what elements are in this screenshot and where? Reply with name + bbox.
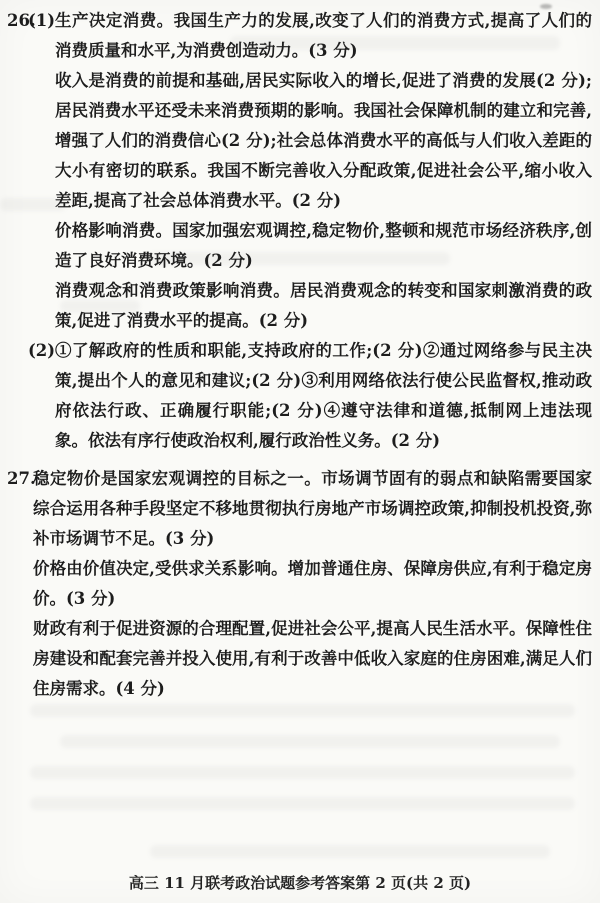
- part-label-26-2: (2): [28, 336, 55, 366]
- answer-paragraph: 价格影响消费。国家加强宏观调控,稳定物价,整顿和规范市场经济秩序,创造了良好消费…: [55, 216, 592, 276]
- answer-paragraph: 财政有利于促进资源的合理配置,促进社会公平,提高人民生活水平。保障性住房建设和配…: [33, 614, 592, 704]
- answer-paragraph: 价格由价值决定,受供求关系影响。增加普通住房、保障房供应,有利于稳定房价。(3 …: [33, 554, 592, 614]
- answer-27: 27. 稳定物价是国家宏观调控的目标之一。市场调节固有的弱点和缺陷需要国家综合运…: [0, 464, 592, 704]
- answer-paragraph: 收入是消费的前提和基础,居民实际收入的增长,促进了消费的发展(2 分);居民消费…: [55, 66, 592, 216]
- bleedthrough-smudge: [30, 704, 575, 717]
- answer-sheet-content: 26. (1) 生产决定消费。我国生产力的发展,改变了人们的消费方式,提高了人们…: [0, 6, 592, 704]
- answer-26-part-1: 26. (1) 生产决定消费。我国生产力的发展,改变了人们的消费方式,提高了人们…: [0, 6, 592, 336]
- question-number-27: 27.: [7, 464, 36, 494]
- bleedthrough-smudge: [30, 797, 575, 810]
- answer-paragraph: 稳定物价是国家宏观调控的目标之一。市场调节固有的弱点和缺陷需要国家综合运用各种手…: [33, 464, 592, 554]
- answer-paragraph: 生产决定消费。我国生产力的发展,改变了人们的消费方式,提高了人们的消费质量和水平…: [55, 6, 592, 66]
- bleedthrough-smudge: [150, 845, 550, 858]
- answer-paragraph: 消费观念和消费政策影响消费。居民消费观念的转变和国家刺激消费的政策,促进了消费水…: [55, 276, 592, 336]
- document-page: 26. (1) 生产决定消费。我国生产力的发展,改变了人们的消费方式,提高了人们…: [0, 0, 600, 903]
- bleedthrough-smudge: [60, 735, 560, 748]
- page-footer: 高三 11 月联考政治试题参考答案第 2 页(共 2 页): [0, 868, 600, 898]
- part-label-26-1: (1): [28, 6, 55, 36]
- bleedthrough-smudge: [30, 766, 575, 779]
- question-27: 27. 稳定物价是国家宏观调控的目标之一。市场调节固有的弱点和缺陷需要国家综合运…: [0, 464, 592, 704]
- answer-paragraph: ①了解政府的性质和职能,支持政府的工作;(2 分)②通过网络参与民主决策,提出个…: [55, 336, 592, 456]
- question-26: 26. (1) 生产决定消费。我国生产力的发展,改变了人们的消费方式,提高了人们…: [0, 6, 592, 456]
- answer-26-part-2: (2) ①了解政府的性质和职能,支持政府的工作;(2 分)②通过网络参与民主决策…: [0, 336, 592, 456]
